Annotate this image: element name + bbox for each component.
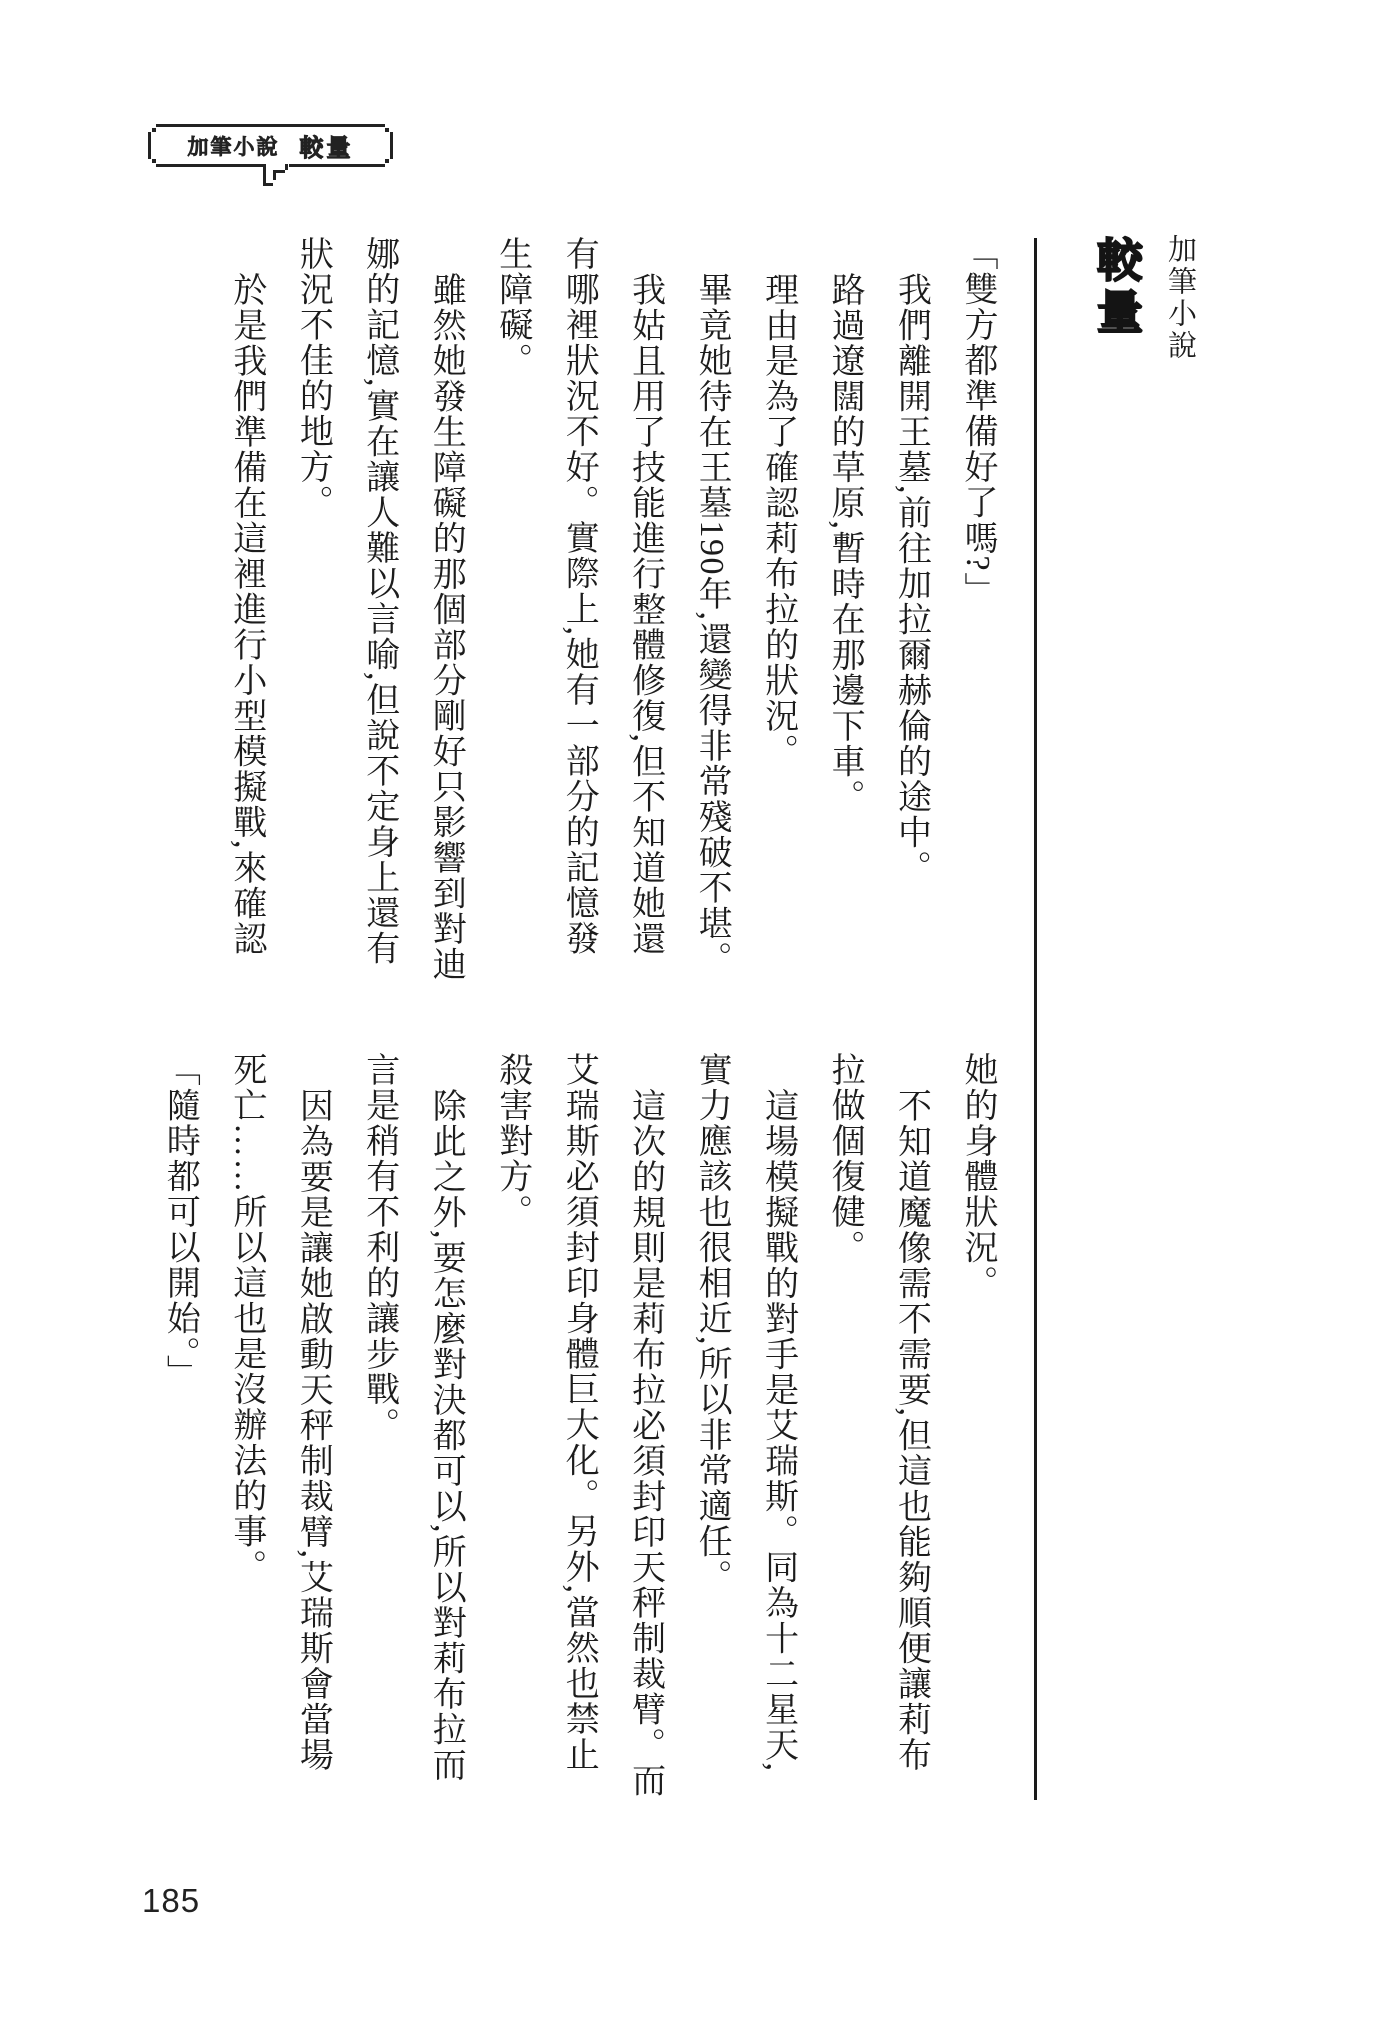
chapter-title: 較量 <box>1084 236 1150 340</box>
badge-title-label: 較量 <box>300 128 354 163</box>
paragraph: 這次的規則是莉布拉必須封印天秤制裁臂。而艾瑞斯必須封印身體巨大化。另外,當然也禁… <box>478 1052 677 1799</box>
page-number: 185 <box>142 1882 200 1920</box>
paragraph: 因為要是讓她啟動天秤制裁臂,艾瑞斯會當場死亡……所以這也是沒辦法的事。 <box>212 1052 345 1799</box>
bubble-tail-icon <box>266 183 273 186</box>
paragraph: 「隨時都可以開始。」 <box>146 1052 212 1799</box>
paragraph: 理由是為了確認莉布拉的狀況。 <box>744 236 810 983</box>
paragraph: 她的身體狀況。 <box>944 1052 1010 1799</box>
paragraph: 於是我們準備在這裡進行小型模擬戰,來確認 <box>212 236 278 983</box>
paragraph: 除此之外,要怎麼對決都可以,所以對莉布拉而言是稍有不利的讓步戰。 <box>345 1052 478 1799</box>
paragraph: 路過遼闊的草原,暫時在那邊下車。 <box>811 236 877 983</box>
series-label: 加筆小說 <box>1160 234 1201 362</box>
bubble-tail-icon <box>276 170 285 173</box>
paragraph: 畢竟她待在王墓190年,還變得非常殘破不堪。 <box>678 236 744 983</box>
text-band-upper: 「雙方都準備好了嗎?」 我們離開王墓,前往加拉爾赫倫的途中。 路過遼闊的草原,暫… <box>130 236 1010 983</box>
book-page: 加筆小說 較量 加筆小說 較量 「雙方都準備好了嗎?」 我們離開王墓,前往加拉爾… <box>0 0 1400 2018</box>
divider-rule <box>1034 238 1037 1800</box>
text-band-lower: 她的身體狀況。 不知道魔像需不需要,但這也能夠順便讓莉布拉做個復健。 這場模擬戰… <box>130 1052 1010 1799</box>
paragraph: 我們離開王墓,前往加拉爾赫倫的途中。 <box>877 236 943 983</box>
paragraph: 雖然她發生障礙的那個部分剛好只影響到對迪娜的記憶,實在讓人難以言喻,但說不定身上… <box>279 236 478 983</box>
paragraph: 我姑且用了技能進行整體修復,但不知道她還有哪裡狀況不好。實際上,她有一部分的記憶… <box>478 236 677 983</box>
paragraph: 不知道魔像需不需要,但這也能夠順便讓莉布拉做個復健。 <box>811 1052 944 1799</box>
speech-bubble-badge: 加筆小說 較量 <box>148 124 393 167</box>
paragraph: 「雙方都準備好了嗎?」 <box>944 236 1010 983</box>
badge-series-label: 加筆小說 <box>188 131 280 161</box>
paragraph: 這場模擬戰的對手是艾瑞斯。同為十二星天,實力應該也很相近,所以非常適任。 <box>678 1052 811 1799</box>
